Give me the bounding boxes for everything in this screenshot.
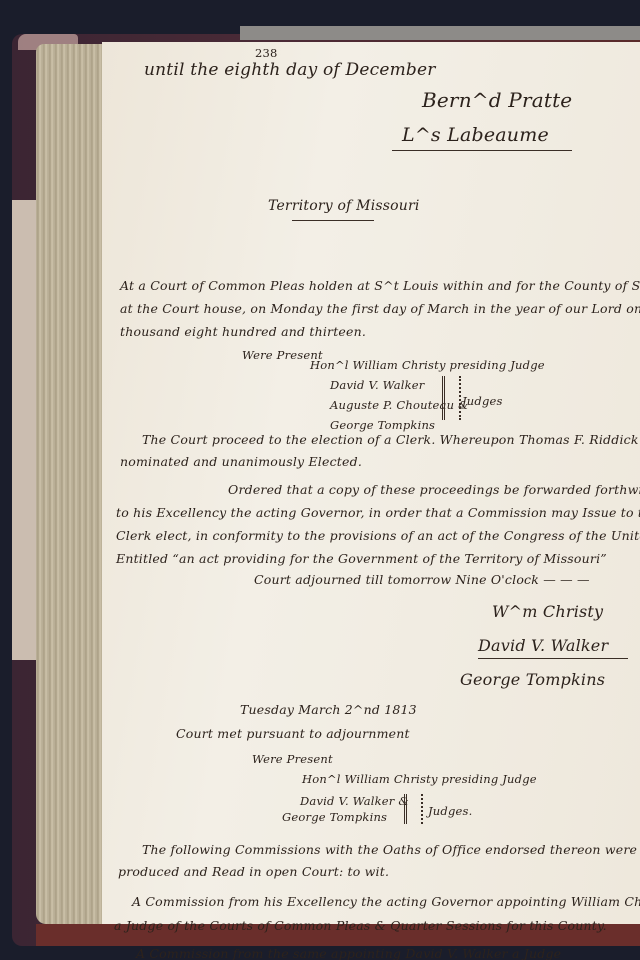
session2-met: Court met pursuant to adjournment — [176, 726, 410, 741]
commissions-intro-1: The following Commissions with the Oaths… — [142, 842, 640, 857]
bracket-glyph-2 — [404, 794, 423, 824]
election-line-1: The Court proceed to the election of a C… — [142, 432, 640, 447]
signature-christy: W^m Christy — [492, 602, 603, 621]
session2-date: Tuesday March 2^nd 1813 — [240, 702, 417, 717]
signature-underline-2 — [478, 658, 628, 659]
order-line-1: Ordered that a copy of these proceedings… — [228, 482, 640, 497]
page-stack-edge — [36, 44, 106, 924]
present-tompkins: George Tompkins — [330, 418, 435, 432]
signature-pratte: Bern^d Pratte — [422, 88, 572, 112]
continuation-line: until the eighth day of December — [144, 60, 436, 80]
heading-territory: Territory of Missouri — [268, 198, 420, 214]
intro-line-3: thousand eight hundred and thirteen. — [120, 324, 366, 339]
top-page-edge — [240, 26, 640, 40]
intro-line-2: at the Court house, on Monday the first … — [120, 301, 640, 316]
commission2-line: A Commission from the same appointing Da… — [136, 946, 561, 960]
manuscript-page: 238 until the eighth day of December Ber… — [102, 42, 640, 924]
judges-label: Judges — [462, 394, 503, 408]
session2-present-walker: David V. Walker & — [300, 794, 409, 808]
session2-were-present: Were Present — [252, 752, 333, 766]
heading-underline — [292, 220, 374, 221]
intro-line-1: At a Court of Common Pleas holden at S^t… — [120, 278, 640, 293]
signature-underline — [392, 150, 572, 151]
commission1-line-2: a Judge of the Courts of Common Pleas & … — [114, 918, 607, 933]
present-walker: David V. Walker — [330, 378, 425, 392]
signature-tompkins: George Tompkins — [460, 670, 605, 689]
session2-judges-label: Judges. — [428, 804, 473, 818]
adjourned-line: Court adjourned till tomorrow Nine O'clo… — [254, 572, 590, 587]
session2-present-tompkins: George Tompkins — [282, 810, 387, 824]
order-line-4: Entitled “an act providing for the Gover… — [116, 551, 607, 566]
election-line-2: nominated and unanimously Elected. — [120, 454, 362, 469]
signature-labeaume: L^s Labeaume — [402, 124, 549, 146]
commissions-intro-2: produced and Read in open Court: to wit. — [118, 864, 389, 879]
endpaper — [12, 200, 38, 660]
signature-walker: David V. Walker — [478, 636, 608, 655]
session2-present-christy: Hon^l William Christy presiding Judge — [302, 772, 537, 786]
commission1-line-1: A Commission from his Excellency the act… — [132, 894, 640, 909]
order-line-2: to his Excellency the acting Governor, i… — [116, 505, 640, 520]
page-number: 238 — [255, 46, 278, 60]
bracket-glyph — [442, 376, 461, 420]
order-line-3: Clerk elect, in conformity to the provis… — [116, 528, 640, 543]
present-christy: Hon^l William Christy presiding Judge — [310, 358, 545, 372]
